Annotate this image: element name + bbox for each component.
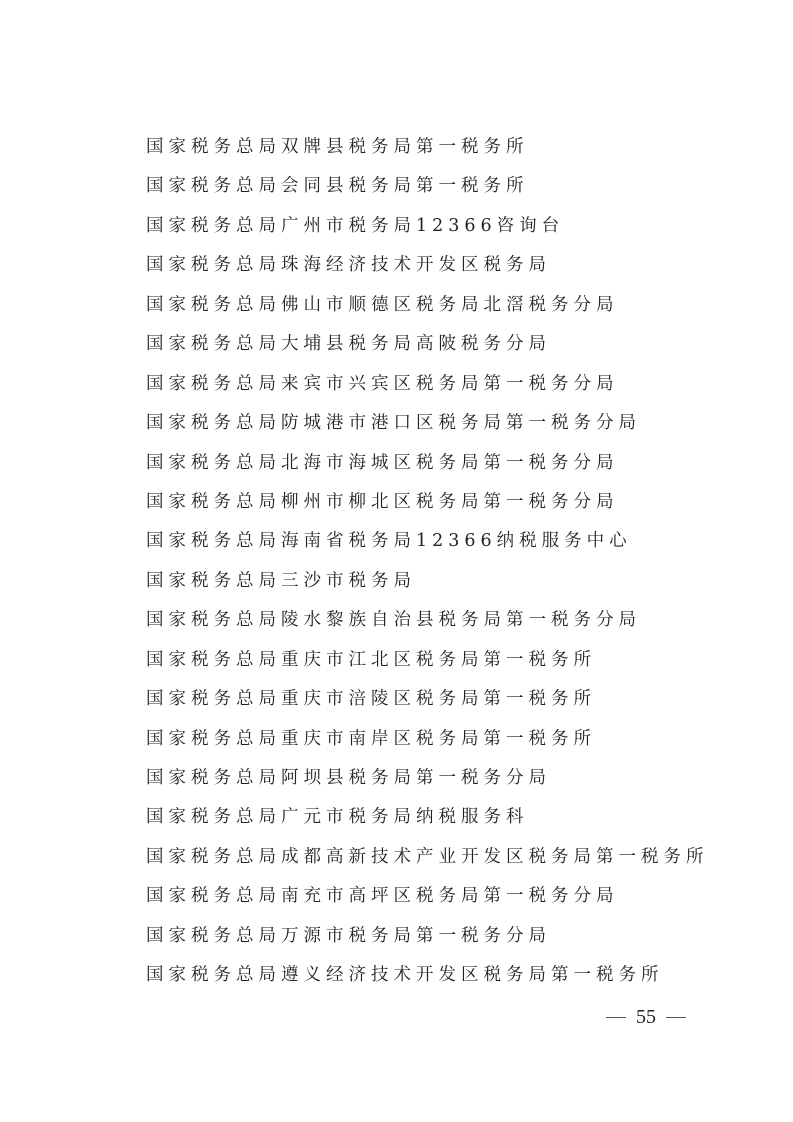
dash-right bbox=[666, 1017, 686, 1019]
list-item: 国家税务总局防城港市港口区税务局第一税务分局 bbox=[146, 404, 709, 443]
list-item: 国家税务总局遵义经济技术开发区税务局第一税务所 bbox=[146, 956, 709, 995]
list-item: 国家税务总局海南省税务局12366纳税服务中心 bbox=[146, 522, 709, 561]
list-item: 国家税务总局会同县税务局第一税务所 bbox=[146, 167, 709, 206]
list-item: 国家税务总局珠海经济技术开发区税务局 bbox=[146, 246, 709, 285]
list-item: 国家税务总局万源市税务局第一税务分局 bbox=[146, 917, 709, 956]
list-item: 国家税务总局三沙市税务局 bbox=[146, 562, 709, 601]
list-item: 国家税务总局柳州市柳北区税务局第一税务分局 bbox=[146, 483, 709, 522]
page-number: 55 bbox=[606, 1006, 686, 1029]
list-item: 国家税务总局阿坝县税务局第一税务分局 bbox=[146, 759, 709, 798]
list-item: 国家税务总局南充市高坪区税务局第一税务分局 bbox=[146, 877, 709, 916]
list-item: 国家税务总局广元市税务局纳税服务科 bbox=[146, 798, 709, 837]
list-item: 国家税务总局成都高新技术产业开发区税务局第一税务所 bbox=[146, 838, 709, 877]
list-item: 国家税务总局重庆市涪陵区税务局第一税务所 bbox=[146, 680, 709, 719]
list-item: 国家税务总局北海市海城区税务局第一税务分局 bbox=[146, 444, 709, 483]
list-item: 国家税务总局佛山市顺德区税务局北滘税务分局 bbox=[146, 286, 709, 325]
list-item: 国家税务总局广州市税务局12366咨询台 bbox=[146, 207, 709, 246]
list-item: 国家税务总局双牌县税务局第一税务所 bbox=[146, 128, 709, 167]
dash-left bbox=[606, 1017, 626, 1019]
tax-office-list: 国家税务总局双牌县税务局第一税务所 国家税务总局会同县税务局第一税务所 国家税务… bbox=[146, 128, 709, 996]
list-item: 国家税务总局重庆市南岸区税务局第一税务所 bbox=[146, 720, 709, 759]
document-page: 国家税务总局双牌县税务局第一税务所 国家税务总局会同县税务局第一税务所 国家税务… bbox=[0, 0, 793, 1122]
list-item: 国家税务总局重庆市江北区税务局第一税务所 bbox=[146, 641, 709, 680]
list-item: 国家税务总局来宾市兴宾区税务局第一税务分局 bbox=[146, 365, 709, 404]
list-item: 国家税务总局陵水黎族自治县税务局第一税务分局 bbox=[146, 601, 709, 640]
page-number-value: 55 bbox=[636, 1006, 656, 1029]
list-item: 国家税务总局大埔县税务局高陂税务分局 bbox=[146, 325, 709, 364]
